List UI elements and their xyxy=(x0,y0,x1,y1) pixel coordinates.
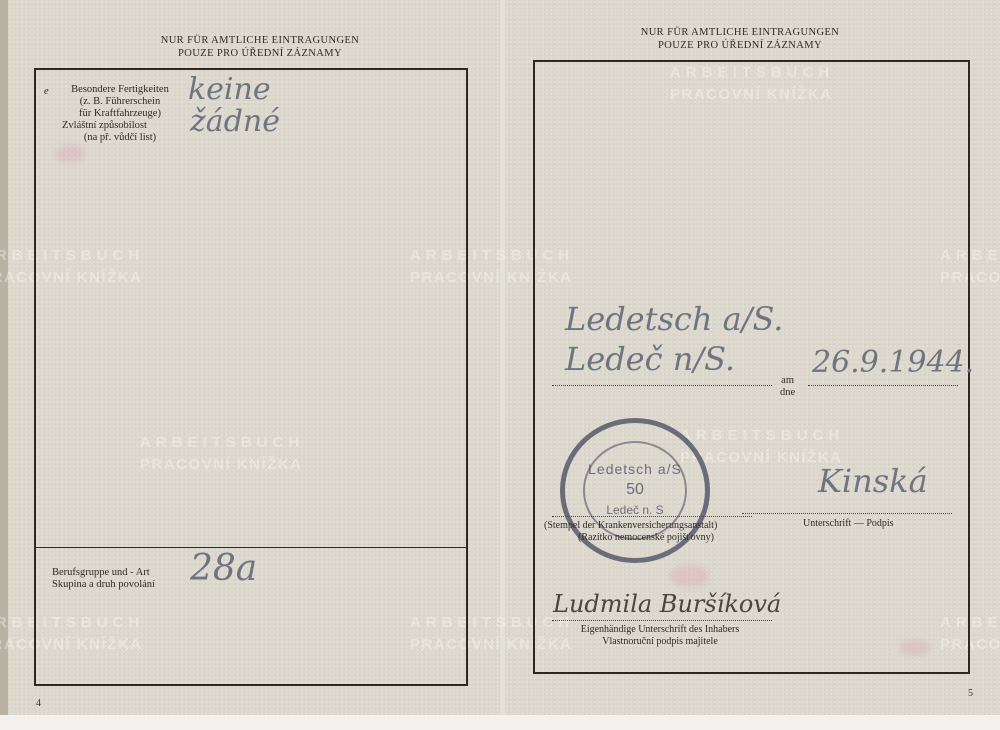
label-de-2: (z. B. Führerschein xyxy=(60,96,180,108)
date-label-de: am xyxy=(780,375,795,387)
date-line xyxy=(808,385,958,386)
stamp-center-line3: Ledeč n. S xyxy=(565,503,705,517)
label-cz-1: Zvláštní způsobilost xyxy=(60,120,180,132)
date-label: am dne xyxy=(780,375,795,399)
label-cz-2: (na př. vůdčí list) xyxy=(60,132,180,144)
holder-signature: Ludmila Buršíková xyxy=(553,590,781,618)
handwritten-place-de: Ledetsch a/S. xyxy=(565,300,783,338)
label-de-1: Besondere Fertigkeiten xyxy=(60,84,180,96)
stamp-center-line2: 50 xyxy=(565,481,705,499)
occupation-label-cz: Skupina a druh povolání xyxy=(52,579,155,591)
left-entry-frame xyxy=(34,68,468,686)
right-page-header: NUR FÜR AMTLICHE EINTRAGUNGEN POUZE PRO … xyxy=(600,26,880,52)
left-page-header: NUR FÜR AMTLICHE EINTRAGUNGEN POUZE PRO … xyxy=(120,34,400,60)
stamp-center-line1: Ledetsch a/S xyxy=(565,461,705,477)
handwritten-skills-de: keine xyxy=(188,72,271,107)
holder-label-cz: Vlastnoruční podpis majitele xyxy=(560,636,760,648)
stamp-line xyxy=(552,516,752,517)
official-signature: Kinská xyxy=(818,462,928,500)
holder-signature-label: Eigenhändige Unterschrift des Inhabers V… xyxy=(560,624,760,648)
label-de-3: für Kraftfahrzeuge) xyxy=(60,108,180,120)
holder-signature-line xyxy=(552,620,772,621)
holder-label-de: Eigenhändige Unterschrift des Inhabers xyxy=(560,624,760,636)
signature-line xyxy=(742,513,952,514)
special-skills-label: Besondere Fertigkeiten (z. B. Führersche… xyxy=(60,84,180,144)
page-number-right: 5 xyxy=(968,688,973,699)
header-line-cz: POUZE PRO ÚŘEDNÍ ZÁZNAMY xyxy=(600,39,880,52)
handwritten-date: 26.9.1944. xyxy=(812,345,974,380)
signature-label: Unterschrift — Podpis xyxy=(803,518,894,530)
handwritten-place-cz: Ledeč n/S. xyxy=(565,340,735,378)
occupation-label-de: Berufsgruppe und - Art xyxy=(52,567,155,579)
occupation-label: Berufsgruppe und - Art Skupina a druh po… xyxy=(52,567,155,591)
page-number-left: 4 xyxy=(36,698,41,709)
stamp-label-de: (Stempel der Krankenversicherungsanstalt… xyxy=(544,520,717,532)
section-marker: e xyxy=(44,86,49,98)
header-line-de: NUR FÜR AMTLICHE EINTRAGUNGEN xyxy=(600,26,880,39)
header-line-cz: POUZE PRO ÚŘEDNÍ ZÁZNAMY xyxy=(120,47,400,60)
handwritten-occupation: 28a xyxy=(190,548,257,589)
document-spread: ARBEITSBUCH PRACOVNÍ KNÍŽKA ARBEITSBUCH … xyxy=(0,0,1000,730)
stamp-label-cz: (Razítko nemocenské pojišťovny) xyxy=(578,532,714,544)
bottom-background xyxy=(0,715,1000,730)
place-line xyxy=(552,385,772,386)
header-line-de: NUR FÜR AMTLICHE EINTRAGUNGEN xyxy=(120,34,400,47)
handwritten-skills-cz: žádné xyxy=(190,104,280,139)
date-label-cz: dne xyxy=(780,387,795,399)
